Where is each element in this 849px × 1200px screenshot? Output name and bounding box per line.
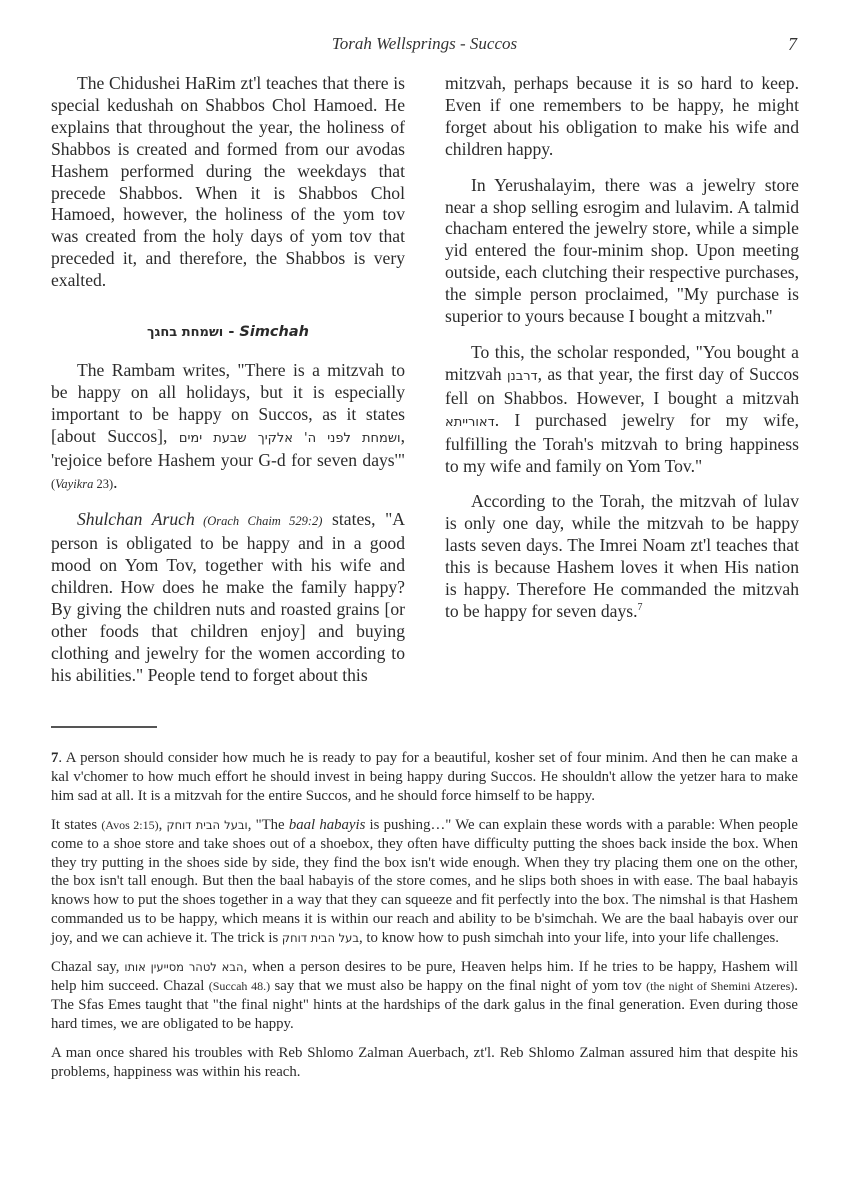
italic-term: baal habayis (289, 817, 366, 833)
left-column: The Chidushei HaRim zt'l teaches that th… (51, 73, 405, 701)
paragraph-chidushei-harim: The Chidushei HaRim zt'l teaches that th… (51, 73, 405, 292)
source-citation: (the night of Shemini Atzeres) (646, 979, 794, 993)
section-heading-separator: - (223, 324, 239, 340)
text: , "The (248, 817, 289, 833)
text: say that we must also be happy on the fi… (270, 978, 646, 994)
hebrew-term: דרבנן (507, 369, 538, 384)
text: It states (51, 817, 101, 833)
hebrew-quote: ושמחת לפני ה' אלקיך שבעת ימים (179, 431, 401, 446)
hebrew-quote: בעל הבית דוחק (282, 931, 359, 945)
text: According to the Torah, the mitzvah of l… (445, 491, 799, 621)
footnote-paragraph-chazal: Chazal say, הבא לטהר מסייעין אותו, when … (51, 958, 798, 1034)
text: states, "A person is obligated to be hap… (51, 509, 405, 684)
footnotes: 7. A person should consider how much he … (51, 749, 798, 1092)
source-book: Vayikra (55, 477, 93, 491)
footnote-7: 7. A person should consider how much he … (51, 749, 798, 806)
text: is pushing…" We can explain these words … (51, 817, 798, 946)
section-heading-hebrew: ושמחת בחגך (147, 325, 223, 340)
footnote-paragraph-reb-shlomo-zalman: A man once shared his troubles with Reb … (51, 1044, 798, 1082)
paragraph-shulchan-aruch: Shulchan Aruch (Orach Chaim 529:2) state… (51, 509, 405, 686)
text: . A person should consider how much he i… (51, 750, 798, 804)
hebrew-term: דאורייתא (445, 415, 495, 430)
section-heading: ושמחת בחגך - Simchah (51, 322, 405, 344)
source-citation: (Avos 2:15) (101, 818, 158, 832)
footnote-reference[interactable]: 7 (638, 602, 643, 613)
paragraph-imrei-noam: According to the Torah, the mitzvah of l… (445, 491, 799, 622)
source-citation: (Orach Chaim 529:2) (195, 514, 323, 528)
text: . I purchased jewelry for my wife, fulfi… (445, 410, 799, 476)
text: 23) (93, 477, 113, 491)
source-citation: (Vayikra 23) (51, 477, 113, 491)
page-header: Torah Wellsprings - Succos 7 (0, 32, 849, 58)
paragraph-yerushalayim: In Yerushalayim, there was a jewelry sto… (445, 175, 799, 328)
footnote-paragraph-baal-habayis: It states (Avos 2:15), ובעל הבית דוחק, "… (51, 816, 798, 948)
right-column: mitzvah, perhaps because it is so hard t… (445, 73, 799, 637)
running-title: Torah Wellsprings - Succos (0, 34, 849, 54)
page-number: 7 (788, 34, 797, 55)
text: Chazal say, (51, 959, 124, 975)
paragraph-continued: mitzvah, perhaps because it is so hard t… (445, 73, 799, 161)
paragraph-rambam: The Rambam writes, "There is a mitzvah t… (51, 360, 405, 495)
paragraph-scholar-response: To this, the scholar responded, "You bou… (445, 342, 799, 477)
book-title: Shulchan Aruch (77, 509, 195, 529)
section-heading-english: Simchah (239, 324, 309, 340)
source-citation: (Succah 48.) (209, 979, 270, 993)
text: . (113, 472, 117, 492)
hebrew-quote: הבא לטהר מסייעין אותו (124, 960, 243, 974)
text: , to know how to push simchah into your … (359, 930, 779, 946)
hebrew-quote: ובעל הבית דוחק (166, 818, 247, 832)
footnote-divider (51, 726, 157, 728)
